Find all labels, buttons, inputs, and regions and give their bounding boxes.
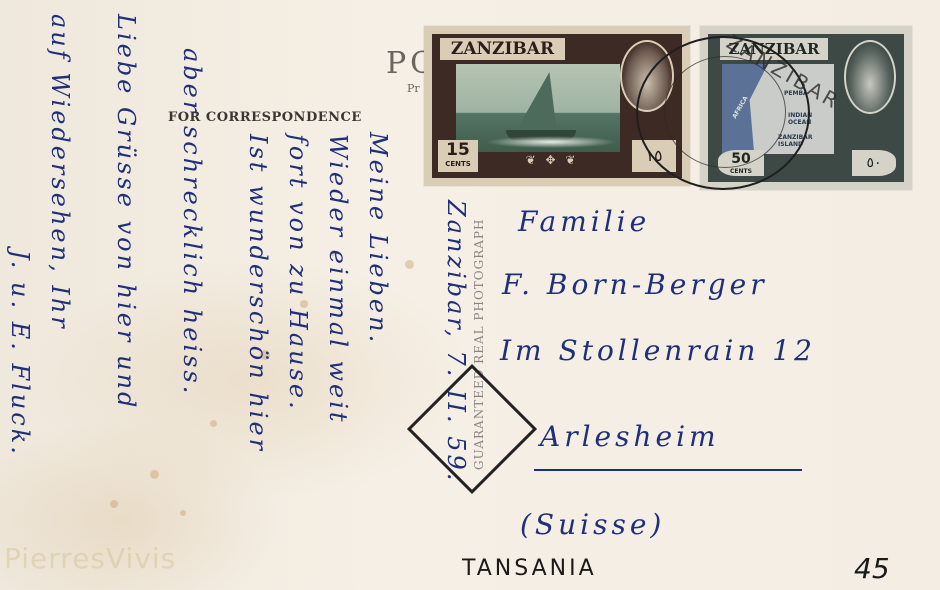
city-underline xyxy=(534,469,802,471)
address-country: (Suisse) xyxy=(520,508,665,541)
message-line: Ist wunderschön hier xyxy=(244,134,272,453)
message-line: fort von zu Hause. xyxy=(284,134,312,412)
stain xyxy=(210,420,217,427)
sail-icon xyxy=(517,72,576,130)
message-line: Wieder einmal weit xyxy=(324,134,352,425)
stain xyxy=(110,500,118,508)
message-line: aber schrecklich heiss. xyxy=(178,48,206,396)
country-pencil-note: TANSANIA xyxy=(462,556,597,581)
message-signature: J. u. E. Fluck. xyxy=(6,250,34,457)
postcard-back: PC Pr FOR CORRESPONDENCE GUARANTEED REAL… xyxy=(0,0,940,590)
stamp-country: ZANZIBAR xyxy=(440,38,565,60)
address-line: Im Stollenrain 12 xyxy=(500,334,816,367)
stamp-arabic-value: ٥٠ xyxy=(852,150,896,176)
message-line: Liebe Grüsse von hier und xyxy=(112,14,140,410)
address-city: Arlesheim xyxy=(540,420,720,453)
stamp-value-unit: CENTS xyxy=(438,160,478,168)
ornament-icon: ❦ ✥ ❦ xyxy=(484,152,620,168)
stain xyxy=(150,470,159,479)
postcard-subheader-partial: Pr xyxy=(407,82,420,95)
stamp-value: 15 CENTS xyxy=(438,140,478,172)
wave-icon xyxy=(486,136,616,148)
price-pencil-note: 45 xyxy=(854,552,890,585)
address-line: F. Born-Berger xyxy=(502,268,768,301)
message-line: auf Wiedersehen, Ihr xyxy=(46,14,74,331)
watermark: PierresVivis xyxy=(4,542,176,575)
dhow-scene xyxy=(456,64,620,152)
address-line: Familie xyxy=(518,205,650,238)
place-date: Zanzibar, 7. II. 59. xyxy=(442,200,470,483)
stamp-box-diamond xyxy=(407,364,537,494)
sultan-portrait xyxy=(844,40,896,114)
message-line: Meine Lieben. xyxy=(364,132,392,345)
stain xyxy=(180,510,186,516)
stain xyxy=(405,260,414,269)
stamp-value-number: 15 xyxy=(438,140,478,160)
